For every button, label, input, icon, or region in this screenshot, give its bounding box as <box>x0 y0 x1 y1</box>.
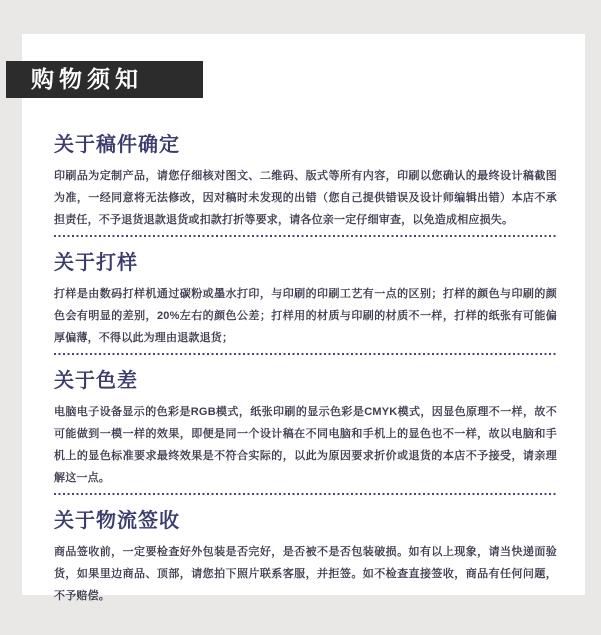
page-title-banner: 购物须知 <box>6 61 203 98</box>
page-title: 购物须知 <box>31 68 143 91</box>
dotted-divider <box>54 353 557 355</box>
section-heading-manuscript: 关于稿件确定 <box>54 133 557 157</box>
section-heading-proofing: 关于打样 <box>54 251 557 275</box>
section-heading-logistics: 关于物流签收 <box>54 509 557 533</box>
section-body-color-difference: 电脑电子设备显示的色彩是RGB模式，纸张印刷的显示色彩是CMYK模式，因显色原理… <box>54 401 557 489</box>
notice-card: 购物须知 关于稿件确定 印刷品为定制产品，请您仔细核对图文、二维码、版式等所有内… <box>22 34 585 595</box>
section-logistics-receipt: 关于物流签收 商品签收前，一定要检查好外包装是否完好，是否被不是否包装破损。如有… <box>54 509 557 607</box>
section-color-difference: 关于色差 电脑电子设备显示的色彩是RGB模式，纸张印刷的显示色彩是CMYK模式，… <box>54 369 557 495</box>
section-proofing: 关于打样 打样是由数码打样机通过碳粉或墨水打印，与印刷的印刷工艺有一点的区别；打… <box>54 251 557 355</box>
section-body-logistics: 商品签收前，一定要检查好外包装是否完好，是否被不是否包装破损。如有以上现象，请当… <box>54 541 557 607</box>
section-heading-color-difference: 关于色差 <box>54 369 557 393</box>
notice-content: 关于稿件确定 印刷品为定制产品，请您仔细核对图文、二维码、版式等所有内容，印刷以… <box>22 34 585 607</box>
dotted-divider <box>54 235 557 237</box>
dotted-divider <box>54 493 557 495</box>
section-body-manuscript: 印刷品为定制产品，请您仔细核对图文、二维码、版式等所有内容，印刷以您确认的最终设… <box>54 165 557 231</box>
section-body-proofing: 打样是由数码打样机通过碳粉或墨水打印，与印刷的印刷工艺有一点的区别；打样的颜色与… <box>54 283 557 349</box>
section-manuscript-confirmation: 关于稿件确定 印刷品为定制产品，请您仔细核对图文、二维码、版式等所有内容，印刷以… <box>54 133 557 237</box>
